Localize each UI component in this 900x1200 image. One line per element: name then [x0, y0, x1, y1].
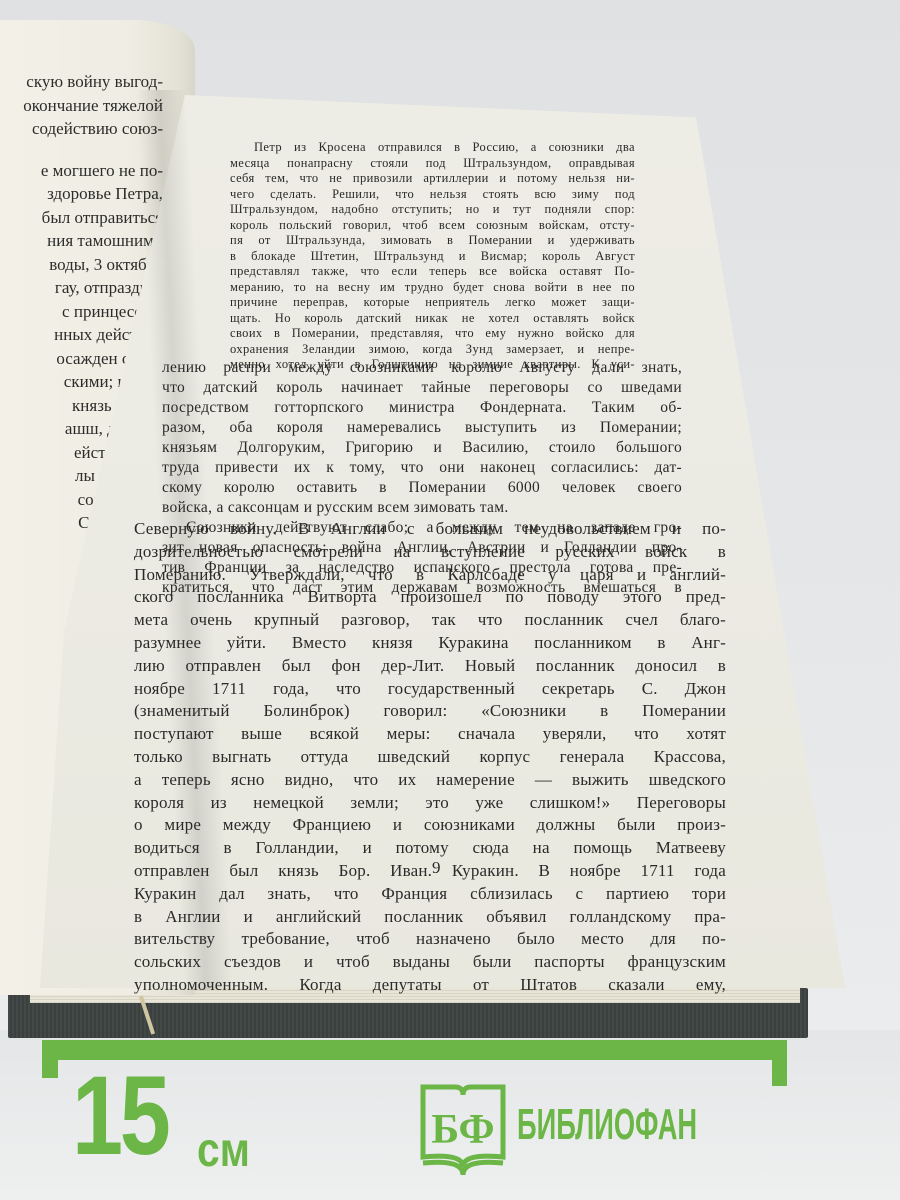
text-line: месяца понапрасну стояли под Штральзундо… [230, 156, 635, 172]
text-line: причине переправ, которые неприятель лег… [230, 295, 635, 311]
paragraph-2-lower: Северную войну. В Англии с большим неудо… [134, 518, 726, 997]
text-line: сольских съездов и чтоб выданы были пасп… [134, 951, 726, 974]
text-line: лию отправлен был фон дер-Лит. Новый пос… [134, 655, 726, 678]
text-line: что датский король начинает тайные перег… [162, 378, 682, 398]
text-line: лению распри между союзниками королю Авг… [162, 358, 682, 378]
ruler-tick-left [42, 1040, 58, 1078]
text-line: себя тем, что не привозили артиллерии и … [230, 171, 635, 187]
text-line: охранения Зеландии зимою, когда Зунд зам… [230, 342, 635, 358]
text-line: ского посланника Витворта произошел по п… [134, 586, 726, 609]
text-line: короля из немецкой земли; это уже слишко… [134, 792, 726, 815]
text-line: князьям Долгоруким, Григорию и Василию, … [162, 438, 682, 458]
text-line: воды, 3 октября [0, 253, 163, 277]
paragraph-1: Петр из Кросена отправился в Россию, а с… [230, 140, 635, 373]
text-line: посредством готторпского министра Фондер… [162, 398, 682, 418]
text-line: король польский говорил, чтоб всем союзн… [230, 218, 635, 234]
text-line: был отправиться [0, 206, 163, 230]
text-line: щать. Но король датский никак не хотел о… [230, 311, 635, 327]
size-value: 15 [72, 1056, 168, 1176]
logo-monogram: БФ [431, 1107, 494, 1153]
text-line: дозрительностью смотрели на вступление р… [134, 541, 726, 564]
text-line: в блокаде Штетин, Штральзунд и Висмар; к… [230, 249, 635, 265]
text-line: водиться в Голландии, и потому сюда на п… [134, 837, 726, 860]
text-line: Куракин дал знать, что Франция сблизилас… [134, 883, 726, 906]
text-line: только выгнать оттуда шведский корпус ге… [134, 746, 726, 769]
text-line: Петр из Кросена отправился в Россию, а с… [230, 140, 635, 156]
text-line: уполномоченным. Когда депутаты от Штатов… [134, 974, 726, 997]
text-line: (знаменитый Болинброк) говорил: «Союзник… [134, 700, 726, 723]
text-line: разом, оба короля намеревались выступить… [162, 418, 682, 438]
text-line: отправлен был князь Бор. Иван. Куракин. … [134, 860, 726, 883]
text-line: ноябре 1711 года, что государственный се… [134, 678, 726, 701]
text-line: вительству требование, чтоб назначено бы… [134, 928, 726, 951]
text-line: мета очень крупный разговор, так что пос… [134, 609, 726, 632]
text-line: здоровье Петра, [0, 182, 163, 206]
text-line: а теперь ясно видно, что их намерение — … [134, 769, 726, 792]
text-line: в Англии и английский посланник объявил … [134, 906, 726, 929]
logo-name: БИБЛИОФАН [517, 1100, 697, 1150]
text-line: пя от Штральзунда, зимовать в Померании … [230, 233, 635, 249]
ruler-tick-right [772, 1040, 787, 1086]
text-line: скому королю оставить в Померании 6000 ч… [162, 478, 682, 498]
text-line: труда привести их к тому, что они наконе… [162, 458, 682, 478]
text-line: о мире между Франциею и союзниками должн… [134, 814, 726, 837]
size-unit: см [197, 1126, 250, 1176]
text-line: ния тамошними [0, 229, 163, 253]
text-line: разумнее уйти. Вместо князя Куракина пос… [134, 632, 726, 655]
text-line: е могшего не по- [0, 159, 163, 183]
text-line: поступают выше всякой меры: сначала увер… [134, 723, 726, 746]
text-line: чего сделать. Решили, что нельзя стоять … [230, 187, 635, 203]
text-line: Северную войну. В Англии с большим неудо… [134, 518, 726, 541]
text-line: Штральзундом, надобно отступить; но и ту… [230, 202, 635, 218]
text-line: гау, отпраздно- [0, 276, 163, 300]
text-line: представлял также, что если теперь все в… [230, 264, 635, 280]
text-line: меранию, то на весну им трудно будет сно… [230, 280, 635, 296]
text-line: своих в Померании, представляя, что ему … [230, 326, 635, 342]
text-line: Померанию. Утверждали, что в Карлсбаде у… [134, 564, 726, 587]
book-logo-icon: БФ [419, 1083, 507, 1183]
page-number: 9 [432, 858, 441, 878]
text-line: войска, а саксонцам и русским всем зимов… [162, 498, 682, 518]
